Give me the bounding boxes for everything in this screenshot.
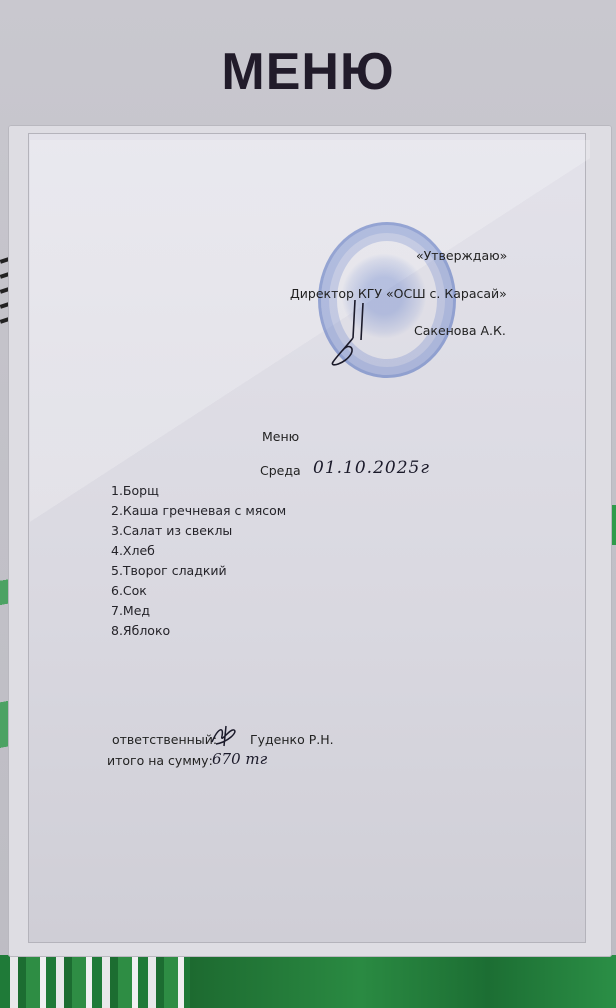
- responsible-label: ответственный:: [112, 732, 217, 747]
- list-item: 7.Мед: [111, 601, 286, 621]
- list-item: 3.Салат из свеклы: [111, 521, 286, 541]
- grass-wallpaper: [190, 955, 616, 1008]
- list-item: 8.Яблоко: [111, 621, 286, 641]
- list-item: 6.Сок: [111, 581, 286, 601]
- handwritten-date: 01.10.2025г: [313, 458, 430, 478]
- approve-label: «Утверждаю»: [416, 248, 507, 263]
- handwritten-total: 670 тг: [212, 750, 267, 768]
- display-frame: [8, 125, 612, 957]
- list-item: 5.Творог сладкий: [111, 561, 286, 581]
- responsible-name: Гуденко Р.Н.: [250, 732, 334, 747]
- wall-sign-title: МЕНЮ: [0, 42, 616, 102]
- list-item: 4.Хлеб: [111, 541, 286, 561]
- director-line: Директор КГУ «ОСШ с. Карасай»: [290, 286, 507, 301]
- director-name: Сакенова А.К.: [414, 323, 506, 338]
- total-label: итого на сумму:: [107, 753, 213, 768]
- menu-list: 1.Борщ 2.Каша гречневая с мясом 3.Салат …: [111, 481, 286, 641]
- signature-icon: [208, 722, 242, 748]
- signature-icon: [325, 298, 385, 368]
- weekday-label: Среда: [260, 463, 301, 478]
- list-item: 2.Каша гречневая с мясом: [111, 501, 286, 521]
- document-heading: Меню: [262, 429, 299, 444]
- list-item: 1.Борщ: [111, 481, 286, 501]
